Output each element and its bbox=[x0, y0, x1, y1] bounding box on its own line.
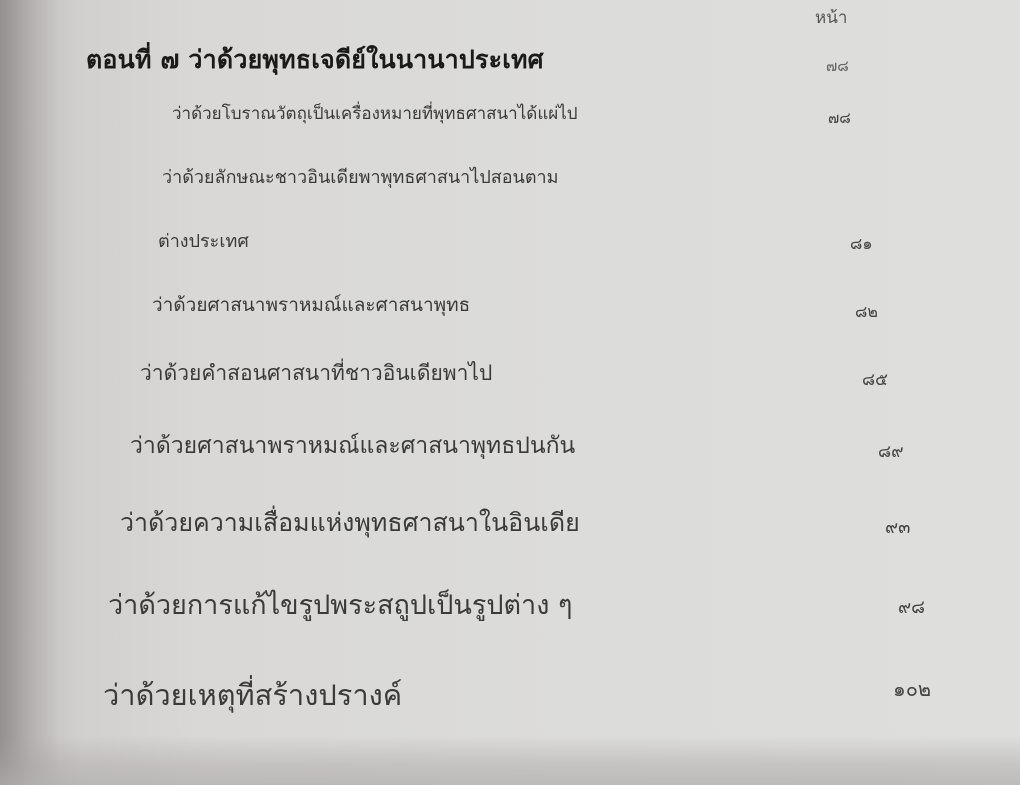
page-bottom-shadow bbox=[0, 735, 1020, 785]
toc-entry-4-page: ๘๕ bbox=[862, 366, 888, 393]
toc-entry-2-continued: ต่างประเทศ bbox=[158, 226, 249, 255]
toc-entry-6-page: ๙๓ bbox=[885, 512, 911, 541]
toc-entry-7-page: ๙๘ bbox=[898, 592, 925, 621]
toc-entry-8-page: ๑๐๒ bbox=[893, 673, 931, 705]
book-page: หน้า ตอนที่ ๗ ว่าด้วยพุทธเจดีย์ในนานาประ… bbox=[0, 0, 1020, 785]
toc-entry-2-page: ๘๑ bbox=[850, 232, 873, 257]
chapter-title: ตอนที่ ๗ ว่าด้วยพุทธเจดีย์ในนานาประเทศ bbox=[86, 40, 544, 80]
toc-entry-7: ว่าด้วยการแก้ไขรูปพระสถูปเป็นรูปต่าง ๆ bbox=[108, 583, 572, 626]
toc-entry-3-page: ๘๒ bbox=[855, 300, 878, 325]
toc-entry-5: ว่าด้วยศาสนาพราหมณ์และศาสนาพุทธปนกัน bbox=[130, 428, 575, 464]
toc-entry-5-page: ๘๙ bbox=[878, 438, 904, 465]
toc-entry-1-page: ๗๘ bbox=[828, 106, 851, 130]
toc-entry-6: ว่าด้วยความเสื่อมแห่งพุทธศาสนาในอินเดีย bbox=[120, 503, 580, 543]
toc-entry-4: ว่าด้วยคำสอนศาสนาที่ชาวอินเดียพาไป bbox=[140, 357, 492, 390]
toc-entry-3: ว่าด้วยศาสนาพราหมณ์และศาสนาพุทธ bbox=[152, 290, 470, 320]
toc-entry-8: ว่าด้วยเหตุที่สร้างปรางค์ bbox=[103, 672, 402, 718]
page-gutter-shadow bbox=[0, 0, 60, 785]
chapter-page-number: ๗๘ bbox=[826, 54, 849, 78]
toc-entry-2: ว่าด้วยลักษณะชาวอินเดียพาพุทธศาสนาไปสอนต… bbox=[162, 162, 559, 191]
toc-entry-1: ว่าด้วยโบราณวัตถุเป็นเครื่องหมายที่พุทธศ… bbox=[172, 100, 578, 127]
page-column-label: หน้า bbox=[815, 4, 847, 31]
